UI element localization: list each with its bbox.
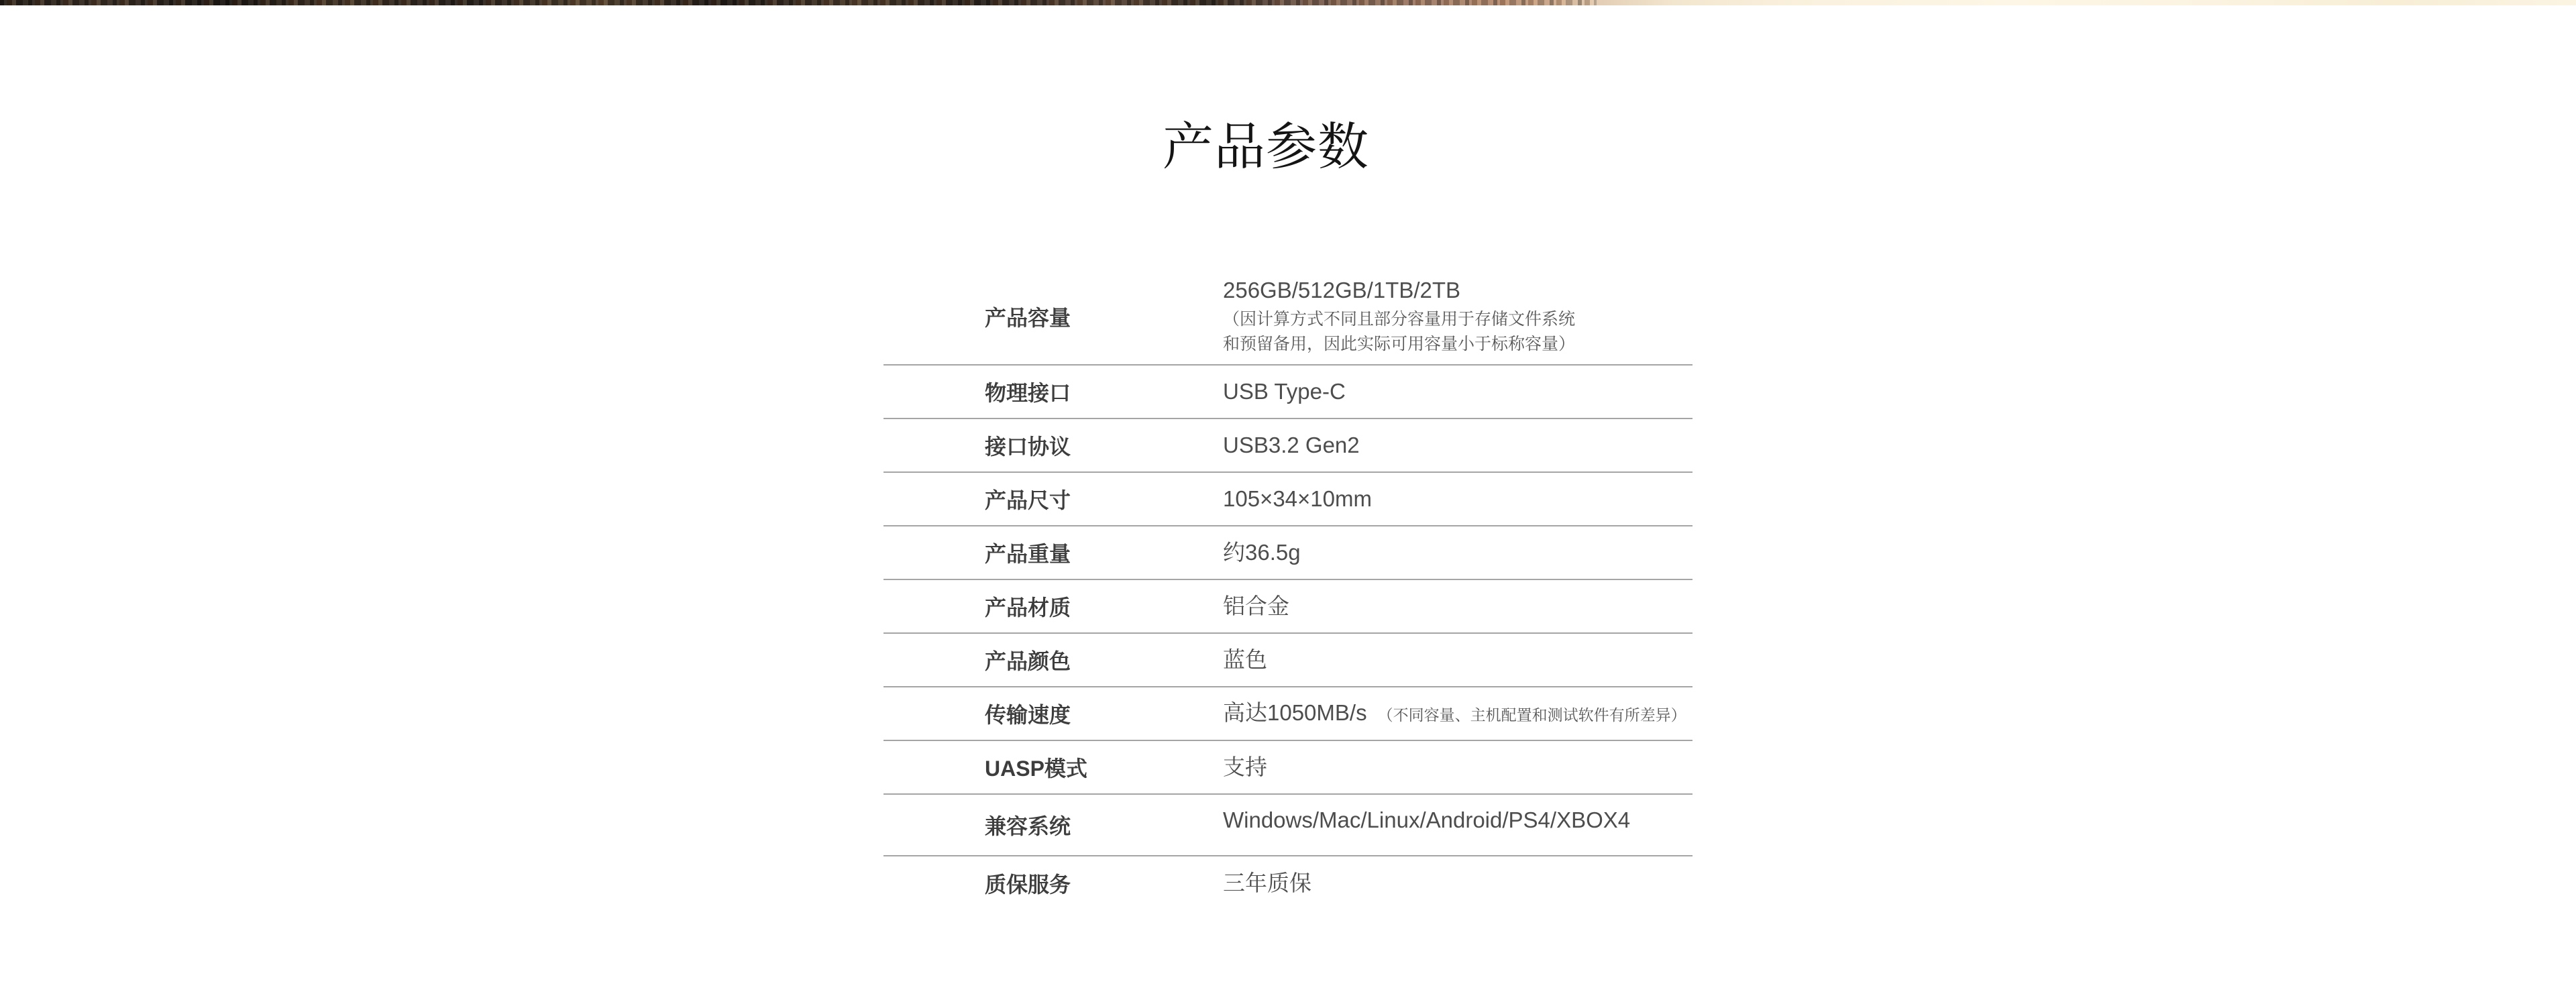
spec-label: 产品颜色	[883, 645, 1223, 675]
spec-value-text: 蓝色	[1223, 646, 1267, 674]
table-row: 接口协议USB3.2 Gen2	[883, 419, 1693, 473]
spec-value: 256GB/512GB/1TB/2TB（因计算方式不同且部分容量用于存储文件系统…	[1223, 276, 1693, 357]
spec-value-main: USB3.2 Gen2	[1223, 431, 1693, 459]
capacity-note-line: 和预留备用，因此实际可用容量小于标称容量）	[1223, 332, 1693, 357]
spec-value-main: 蓝色	[1223, 646, 1693, 674]
spec-value: 约36.5g	[1223, 539, 1693, 567]
spec-value: 高达1050MB/s（不同容量、主机配置和测试软件有所差异）	[1223, 699, 1693, 729]
spec-label: 产品尺寸	[883, 484, 1223, 514]
table-row: 兼容系统Windows/Mac/Linux/Android/PS4/XBOX4	[883, 795, 1693, 856]
spec-value: USB Type-C	[1223, 378, 1693, 406]
table-row: 质保服务三年质保	[883, 856, 1693, 910]
spec-value-main: 约36.5g	[1223, 539, 1693, 567]
spec-label: 产品材质	[883, 591, 1223, 622]
spec-value-main: 支持	[1223, 753, 1693, 781]
spec-value: 支持	[1223, 753, 1693, 781]
table-row: 传输速度高达1050MB/s（不同容量、主机配置和测试软件有所差异）	[883, 687, 1693, 741]
spec-value-text: 支持	[1223, 753, 1267, 781]
spec-label: 产品容量	[883, 301, 1223, 332]
spec-value-main: 105×34×10mm	[1223, 485, 1693, 513]
spec-label: UASP模式	[883, 752, 1223, 783]
spec-value-text: 高达1050MB/s	[1223, 699, 1367, 727]
spec-label: 兼容系统	[883, 809, 1223, 840]
spec-value-text: 256GB/512GB/1TB/2TB	[1223, 276, 1460, 304]
spec-value-main: 铝合金	[1223, 592, 1693, 620]
spec-value-main: 三年质保	[1223, 869, 1693, 897]
spec-value-main: USB Type-C	[1223, 378, 1693, 406]
spec-value-text: 105×34×10mm	[1223, 485, 1372, 513]
spec-value-text: 约36.5g	[1223, 539, 1301, 567]
spec-value-text: USB Type-C	[1223, 378, 1346, 406]
spec-value-main: Windows/Mac/Linux/Android/PS4/XBOX4	[1223, 806, 1693, 834]
capacity-notes: （因计算方式不同且部分容量用于存储文件系统和预留备用，因此实际可用容量小于标称容…	[1223, 307, 1693, 357]
table-row: 产品尺寸105×34×10mm	[883, 473, 1693, 526]
table-row: 物理接口USB Type-C	[883, 366, 1693, 419]
table-row: 产品材质铝合金	[883, 580, 1693, 634]
spec-value: 蓝色	[1223, 646, 1693, 674]
spec-label: 接口协议	[883, 430, 1223, 461]
spec-value-main: 256GB/512GB/1TB/2TB	[1223, 276, 1693, 304]
spec-value: 三年质保	[1223, 869, 1693, 897]
spec-value-text: 三年质保	[1223, 869, 1311, 897]
spec-value-text: 铝合金	[1223, 592, 1289, 620]
spec-value-text: USB3.2 Gen2	[1223, 431, 1360, 459]
spec-label: 质保服务	[883, 868, 1223, 899]
capacity-note-line: （因计算方式不同且部分容量用于存储文件系统	[1223, 307, 1693, 332]
top-photo-strip	[0, 0, 2576, 5]
spec-value: Windows/Mac/Linux/Android/PS4/XBOX4	[1223, 806, 1693, 834]
table-row: 产品容量256GB/512GB/1TB/2TB（因计算方式不同且部分容量用于存储…	[883, 268, 1693, 366]
page-title: 产品参数	[1163, 118, 1369, 177]
table-row: UASP模式支持	[883, 741, 1693, 795]
spec-label: 传输速度	[883, 698, 1223, 729]
spec-inline-note: （不同容量、主机配置和测试软件有所差异）	[1378, 701, 1686, 729]
spec-table: 产品容量256GB/512GB/1TB/2TB（因计算方式不同且部分容量用于存储…	[883, 268, 1693, 910]
table-row: 产品重量约36.5g	[883, 526, 1693, 580]
spec-value: 105×34×10mm	[1223, 485, 1693, 513]
spec-label: 物理接口	[883, 376, 1223, 407]
spec-value-main: 高达1050MB/s（不同容量、主机配置和测试软件有所差异）	[1223, 699, 1693, 729]
spec-label: 产品重量	[883, 537, 1223, 568]
spec-value: USB3.2 Gen2	[1223, 431, 1693, 459]
table-row: 产品颜色蓝色	[883, 634, 1693, 687]
spec-value-text: Windows/Mac/Linux/Android/PS4/XBOX4	[1223, 806, 1630, 834]
spec-value: 铝合金	[1223, 592, 1693, 620]
